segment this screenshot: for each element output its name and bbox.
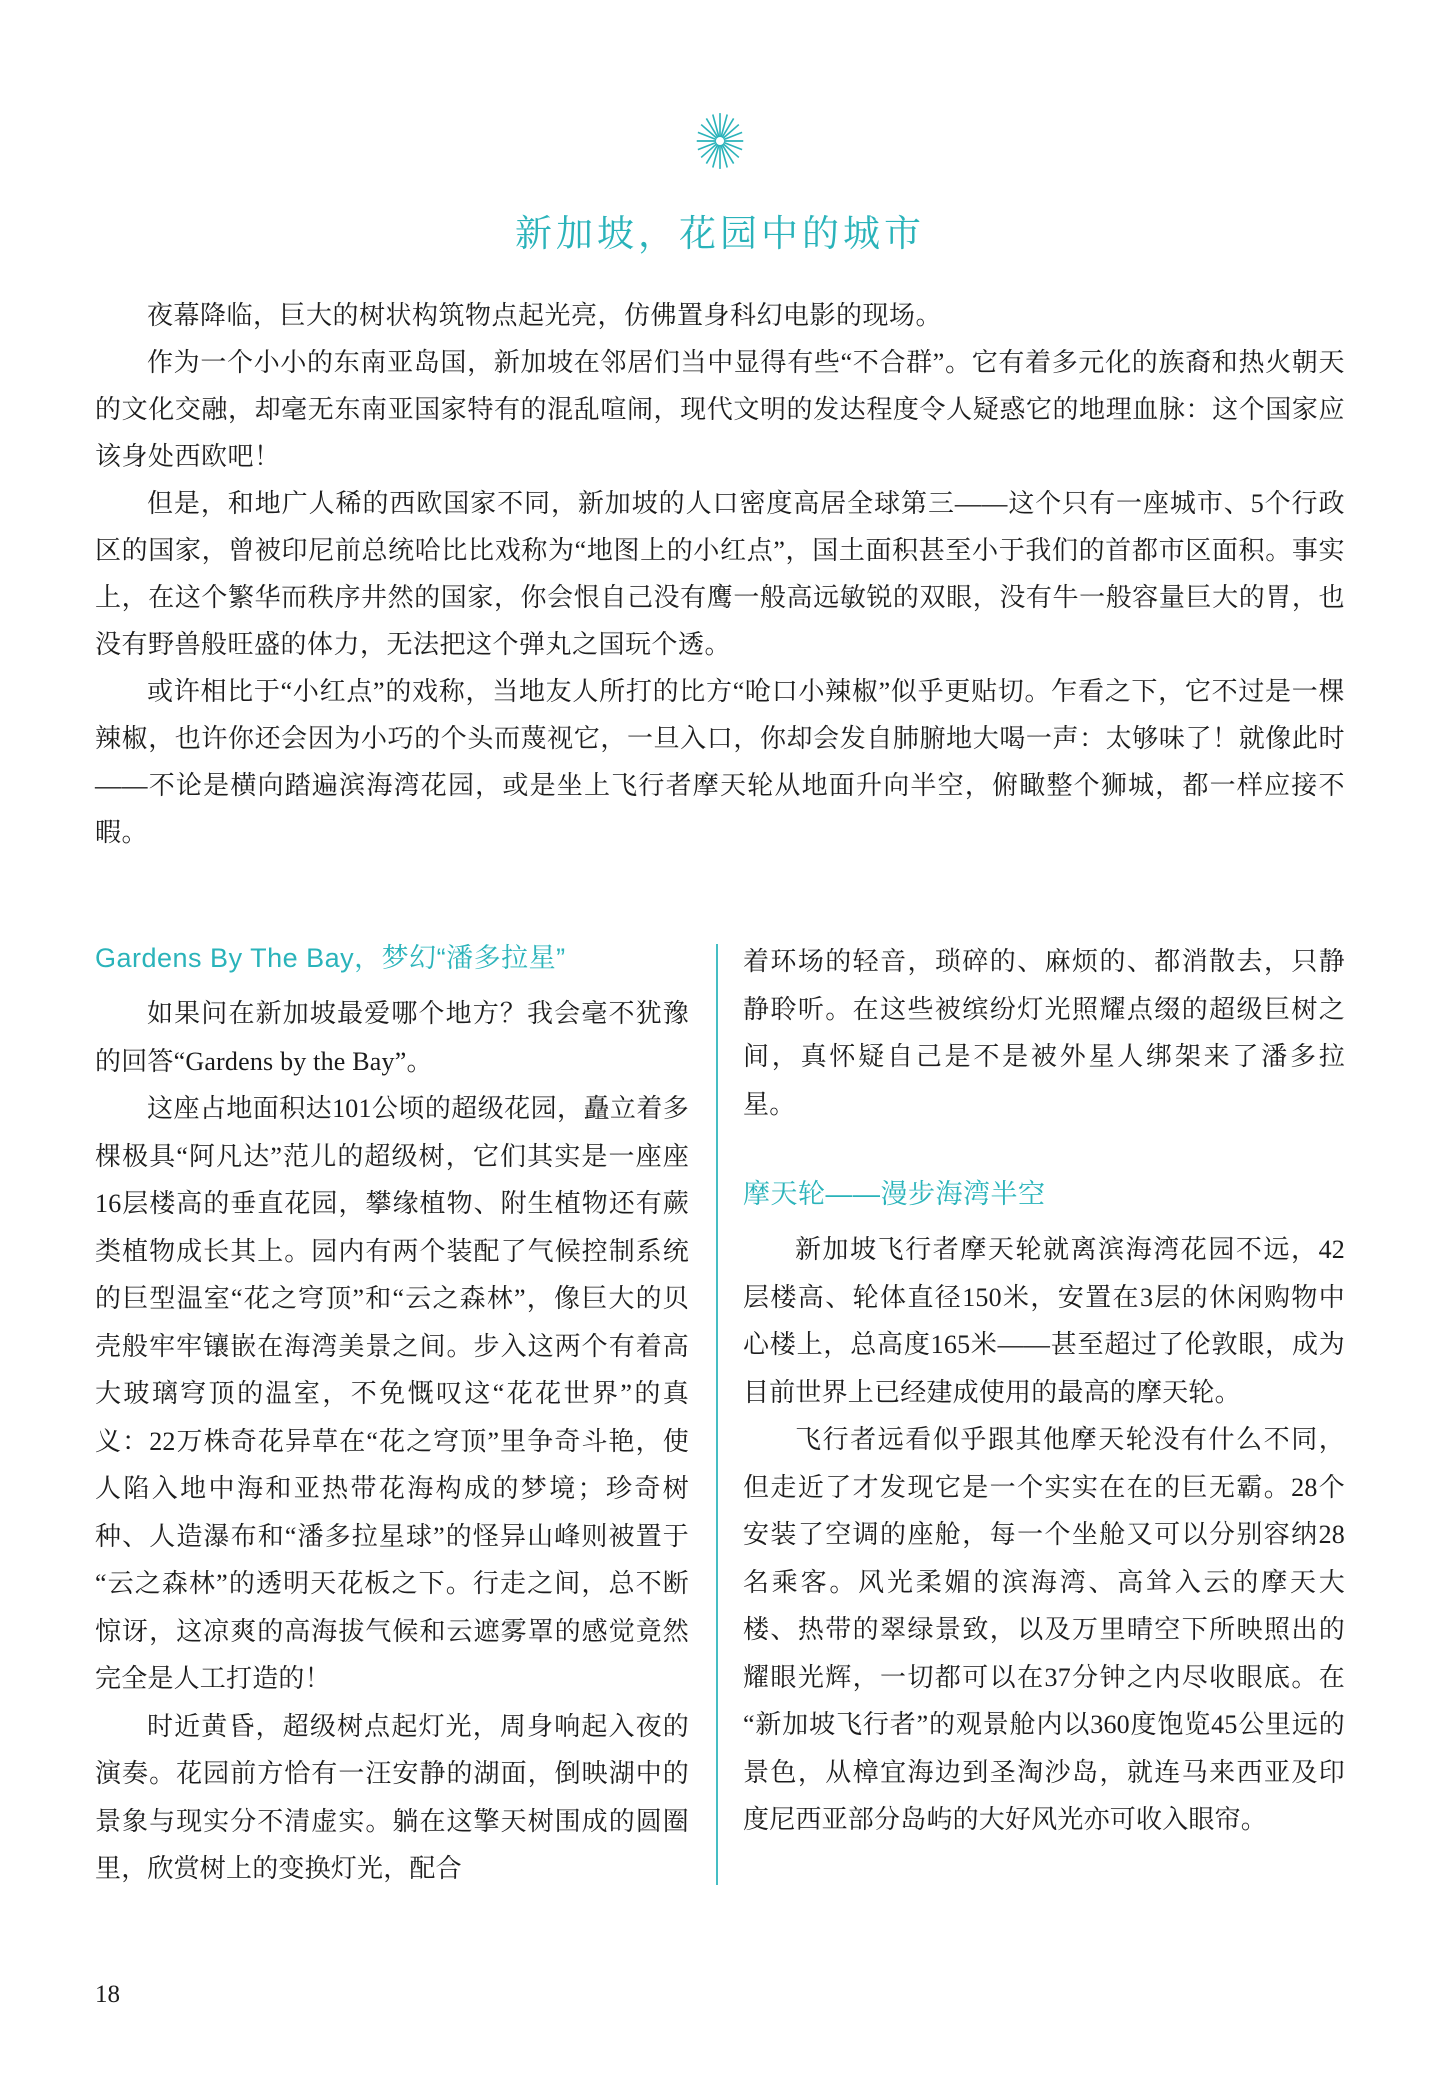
right-column: 着环场的轻音，琐碎的、麻烦的、都消散去，只静静聆听。在这些被缤纷灯光照耀点缀的超…: [743, 938, 1345, 1893]
page-number: 18: [95, 1981, 120, 2009]
header-decoration: [95, 0, 1345, 180]
intro-paragraph: 夜幕降临，巨大的树状构筑物点起光亮，仿佛置身科幻电影的现场。: [95, 292, 1345, 339]
column-paragraph: 飞行者远看似乎跟其他摩天轮没有什么不同，但走近了才发现它是一个实实在在的巨无霸。…: [743, 1416, 1345, 1844]
column-paragraph-continuation: 着环场的轻音，琐碎的、麻烦的、都消散去，只静静聆听。在这些被缤纷灯光照耀点缀的超…: [743, 938, 1345, 1128]
page-title: 新加坡，花园中的城市: [95, 210, 1345, 258]
intro-paragraph: 或许相比于“小红点”的戏称，当地友人所打的比方“呛口小辣椒”似乎更贴切。乍看之下…: [95, 668, 1345, 856]
column-paragraph: 这座占地面积达101公顷的超级花园，矗立着多棵极具“阿凡达”范儿的超级树，它们其…: [95, 1085, 689, 1703]
magazine-page: 新加坡，花园中的城市 夜幕降临，巨大的树状构筑物点起光亮，仿佛置身科幻电影的现场…: [0, 0, 1440, 1893]
section-heading-ferris-wheel: 摩天轮——漫步海湾半空: [743, 1174, 1345, 1214]
column-paragraph: 新加坡飞行者摩天轮就离滨海湾花园不远，42层楼高、轮体直径150米，安置在3层的…: [743, 1226, 1345, 1416]
two-column-section: Gardens By The Bay，梦幻“潘多拉星” 如果问在新加坡最爱哪个地…: [95, 938, 1345, 1893]
intro-paragraph: 作为一个小小的东南亚岛国，新加坡在邻居们当中显得有些“不合群”。它有着多元化的族…: [95, 339, 1345, 480]
left-column: Gardens By The Bay，梦幻“潘多拉星” 如果问在新加坡最爱哪个地…: [95, 938, 689, 1893]
section-heading-gardens: Gardens By The Bay，梦幻“潘多拉星”: [95, 938, 689, 978]
column-paragraph: 如果问在新加坡最爱哪个地方？我会毫不犹豫的回答“Gardens by the B…: [95, 990, 689, 1085]
intro-paragraph: 但是，和地广人稀的西欧国家不同，新加坡的人口密度高居全球第三——这个只有一座城市…: [95, 480, 1345, 668]
column-divider: [716, 944, 718, 1885]
starburst-icon: [689, 102, 751, 180]
intro-section: 夜幕降临，巨大的树状构筑物点起光亮，仿佛置身科幻电影的现场。 作为一个小小的东南…: [95, 292, 1345, 856]
column-paragraph: 时近黄昏，超级树点起灯光，周身响起入夜的演奏。花园前方恰有一汪安静的湖面，倒映湖…: [95, 1703, 689, 1893]
